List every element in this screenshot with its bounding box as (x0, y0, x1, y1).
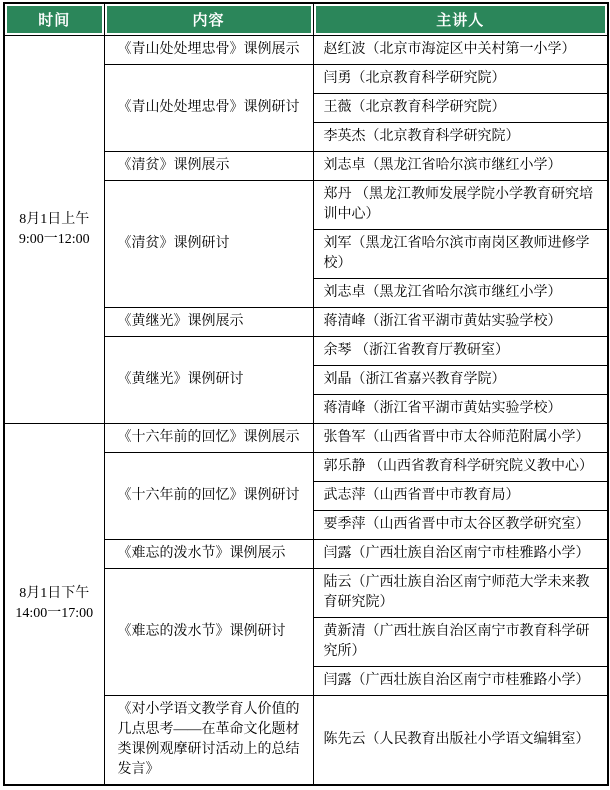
speaker-cell: 刘军（黑龙江省哈尔滨市南岗区教师进修学校） (313, 230, 608, 279)
content-cell: 《青山处处埋忠骨》课例展示 (104, 36, 313, 65)
speaker-cell: 闫露（广西壮族自治区南宁市桂雅路小学） (313, 540, 608, 569)
content-cell: 《难忘的泼水节》课例研讨 (104, 569, 313, 696)
speaker-cell: 陆云（广西壮族自治区南宁师范大学未来教育研究院） (313, 569, 608, 618)
time-cell: 8月1日下午14:00一17:00 (4, 424, 104, 786)
schedule-table: 时间 内容 主讲人 8月1日上午9:00一12:00《青山处处埋忠骨》课例展示赵… (3, 2, 609, 786)
speaker-cell: 余琴 （浙江省教育厅教研室） (313, 337, 608, 366)
content-cell: 《难忘的泼水节》课例展示 (104, 540, 313, 569)
speaker-cell: 赵红波（北京市海淀区中关村第一小学） (313, 36, 608, 65)
speaker-cell: 蒋清峰（浙江省平湖市黄姑实验学校） (313, 395, 608, 424)
time-line: 9:00一12:00 (7, 230, 102, 250)
content-cell: 《清贫》课例展示 (104, 152, 313, 181)
content-cell: 《青山处处埋忠骨》课例研讨 (104, 65, 313, 152)
content-cell: 《清贫》课例研讨 (104, 181, 313, 308)
table-row: 8月1日上午9:00一12:00《青山处处埋忠骨》课例展示赵红波（北京市海淀区中… (4, 36, 608, 65)
speaker-cell: 闫勇（北京教育科学研究院） (313, 65, 608, 94)
speaker-cell: 郑丹 （黑龙江教师发展学院小学教育研究培训中心） (313, 181, 608, 230)
content-cell: 《黄继光》课例研讨 (104, 337, 313, 424)
time-line: 8月1日下午 (7, 584, 102, 604)
header-content: 内容 (104, 3, 313, 36)
table-row: 8月1日下午14:00一17:00《十六年前的回忆》课例展示张鲁军（山西省晋中市… (4, 424, 608, 453)
content-cell: 《对小学语文教学育人价值的几点思考——在革命文化题材类课例观摩研讨活动上的总结发… (104, 696, 313, 786)
time-line: 8月1日上午 (7, 210, 102, 230)
schedule-table-container: 时间 内容 主讲人 8月1日上午9:00一12:00《青山处处埋忠骨》课例展示赵… (0, 0, 610, 790)
content-cell: 《十六年前的回忆》课例研讨 (104, 453, 313, 540)
time-cell: 8月1日上午9:00一12:00 (4, 36, 104, 424)
speaker-cell: 郭乐静 （山西省教育科学研究院义教中心） (313, 453, 608, 482)
speaker-cell: 王薇（北京教育科学研究院） (313, 94, 608, 123)
speaker-cell: 李英杰（北京教育科学研究院） (313, 123, 608, 152)
speaker-cell: 陈先云（人民教育出版社小学语文编辑室） (313, 696, 608, 786)
speaker-cell: 张鲁军（山西省晋中市太谷师范附属小学） (313, 424, 608, 453)
speaker-cell: 刘志卓（黑龙江省哈尔滨市继红小学） (313, 152, 608, 181)
time-line: 14:00一17:00 (7, 604, 102, 624)
speaker-cell: 武志萍（山西省晋中市教育局） (313, 482, 608, 511)
table-header-row: 时间 内容 主讲人 (4, 3, 608, 36)
content-cell: 《黄继光》课例展示 (104, 308, 313, 337)
header-time: 时间 (4, 3, 104, 36)
speaker-cell: 闫露（广西壮族自治区南宁市桂雅路小学） (313, 667, 608, 696)
speaker-cell: 要季萍（山西省晋中市太谷区教学研究室） (313, 511, 608, 540)
speaker-cell: 黄新清（广西壮族自治区南宁市教育科学研究所） (313, 618, 608, 667)
speaker-cell: 刘志卓（黑龙江省哈尔滨市继红小学） (313, 279, 608, 308)
speaker-cell: 蒋清峰（浙江省平湖市黄姑实验学校） (313, 308, 608, 337)
schedule-body: 8月1日上午9:00一12:00《青山处处埋忠骨》课例展示赵红波（北京市海淀区中… (4, 36, 608, 786)
content-cell: 《十六年前的回忆》课例展示 (104, 424, 313, 453)
speaker-cell: 刘晶（浙江省嘉兴教育学院） (313, 366, 608, 395)
header-speaker: 主讲人 (313, 3, 608, 36)
